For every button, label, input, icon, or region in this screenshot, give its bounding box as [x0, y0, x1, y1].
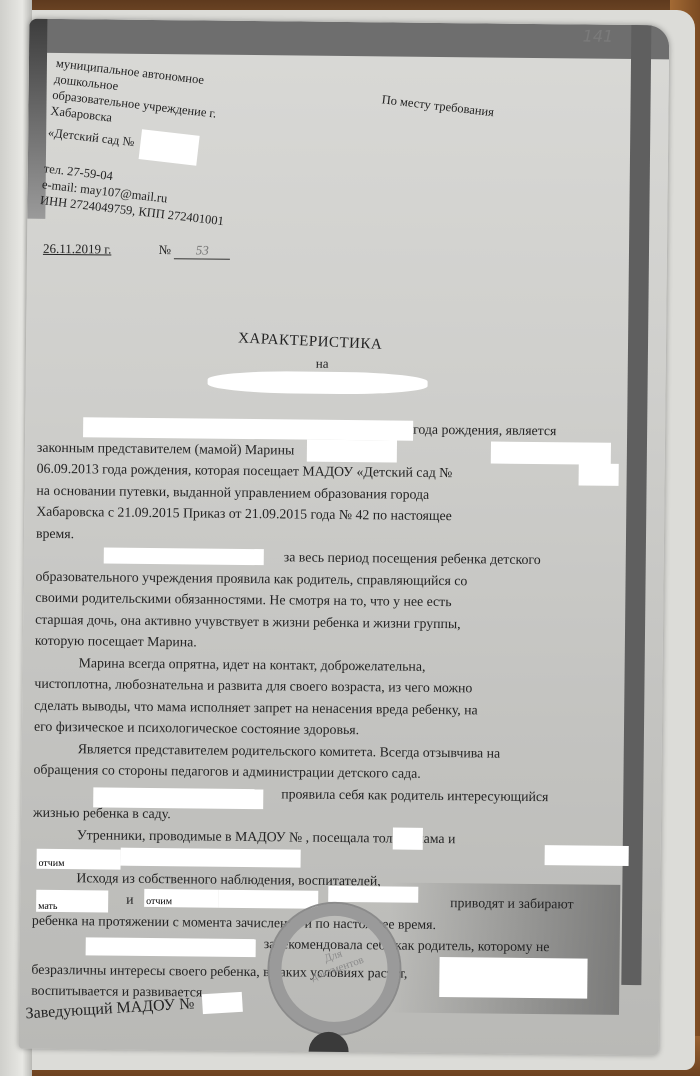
- redaction-signature: [439, 957, 587, 999]
- redaction: [202, 992, 243, 1014]
- redaction: [307, 439, 397, 462]
- letterhead: муниципальное автономное дошкольное обра…: [39, 55, 240, 229]
- official-stamp: Для документов: [267, 901, 402, 1036]
- document-title: ХАРАКТЕРИСТИКА: [238, 330, 383, 354]
- redaction: [491, 441, 611, 464]
- reg-number-label: №: [159, 242, 172, 258]
- document-title-sub: на: [316, 356, 329, 372]
- redaction: [86, 937, 256, 957]
- redaction: [579, 463, 619, 485]
- redaction: отчим: [144, 889, 218, 908]
- redaction: [393, 827, 423, 849]
- addressee: По месту требования: [381, 92, 495, 120]
- document-page: 141 муниципальное автономное дошкольное …: [19, 19, 670, 1056]
- body-text: года рождения, является: [413, 419, 556, 442]
- redaction: [218, 890, 318, 909]
- redaction: [208, 371, 428, 395]
- reg-number: 53: [174, 242, 230, 260]
- registration-line: 26.11.2019 г. № 53: [43, 241, 230, 260]
- redaction-label: отчим: [146, 891, 172, 913]
- document-date: 26.11.2019 г.: [43, 241, 112, 257]
- document-content: муниципальное автономное дошкольное обра…: [19, 19, 670, 1056]
- redaction: [121, 848, 301, 868]
- redaction: [104, 547, 264, 565]
